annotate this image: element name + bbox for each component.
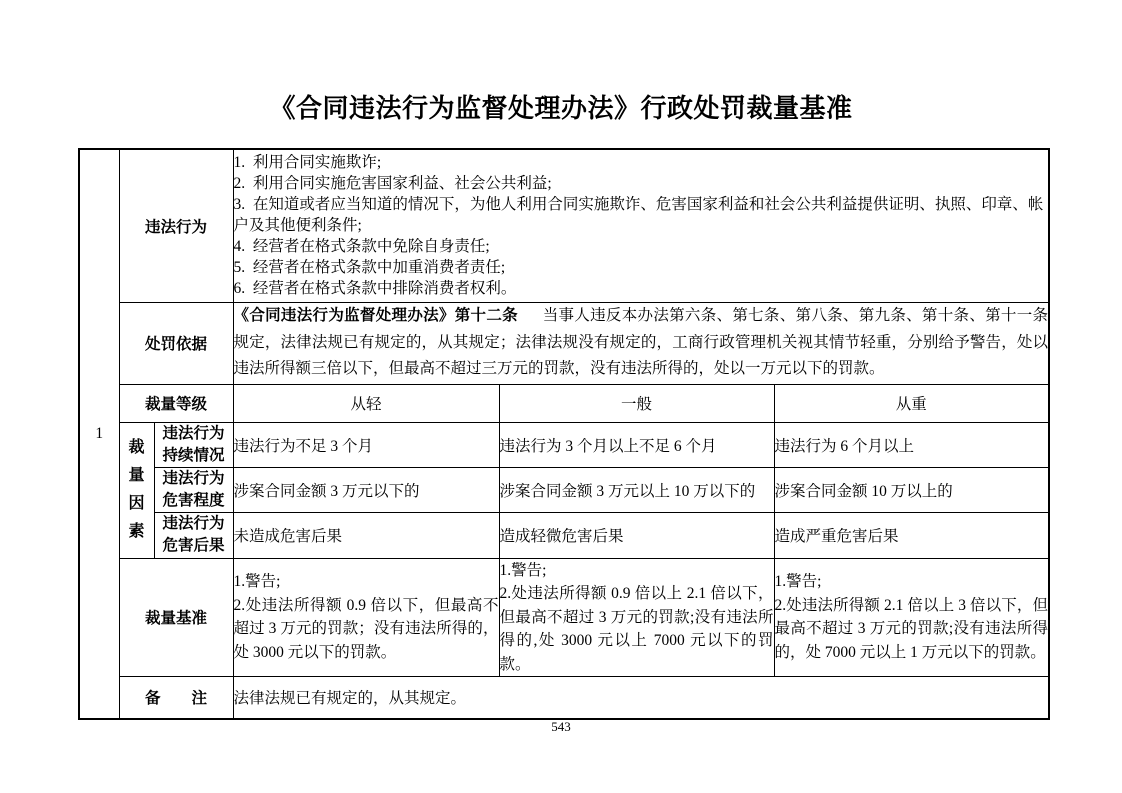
factor-consequence-label-line2: 危害后果 (163, 537, 225, 554)
factor-consequence-normal-cell: 造成轻微危害后果 (499, 512, 774, 558)
level-heavy: 从重 (896, 396, 927, 413)
benchmark-normal-line1: 1.警告; (500, 559, 774, 583)
remarks-text: 法律法规已有规定的，从其规定。 (234, 690, 467, 707)
factor-duration-normal-cell: 违法行为 3 个月以上不足 6 个月 (499, 422, 774, 467)
discretion-standards-table: 1 违法行为 1. 利用合同实施欺诈; 2. 利用合同实施危害国家利益、社会公共… (78, 148, 1050, 720)
benchmark-light-cell: 1.警告; 2.处违法所得额 0.9 倍以下，但最高不超过 3 万元的罚款；没有… (233, 558, 499, 677)
factor-consequence-light-cell: 未造成危害后果 (233, 512, 499, 558)
factor-consequence-label-cell: 违法行为 危害后果 (154, 512, 233, 558)
factor-duration-label-line2: 持续情况 (163, 447, 225, 464)
factor-consequence-heavy-cell: 造成严重危害后果 (774, 512, 1049, 558)
benchmark-heavy-line2: 2.处违法所得额 2.1 倍以上 3 倍以下，但最高不超过 3 万元的罚款;没有… (775, 594, 1049, 665)
label-discretion-level: 裁量等级 (145, 396, 207, 413)
factor-consequence-normal: 造成轻微危害后果 (500, 528, 624, 545)
label-penalty-basis: 处罚依据 (145, 336, 207, 353)
factor-consequence-heavy: 造成严重危害后果 (775, 528, 899, 545)
factor-severity-normal: 涉案合同金额 3 万元以上 10 万以下的 (500, 483, 756, 500)
level-normal: 一般 (621, 396, 652, 413)
label-discretion-level-cell: 裁量等级 (119, 384, 233, 422)
label-remarks: 备 注 (145, 690, 207, 707)
benchmark-normal-line2: 2.处违法所得额 0.9 倍以上 2.1 倍以下，但最高不超过 3 万元的罚款;… (500, 582, 774, 676)
illegal-act-item: 1. 利用合同实施欺诈; (234, 152, 1049, 173)
factor-duration-heavy: 违法行为 6 个月以上 (775, 438, 915, 455)
benchmark-normal-cell: 1.警告; 2.处违法所得额 0.9 倍以上 2.1 倍以下，但最高不超过 3 … (499, 558, 774, 677)
illegal-act-item: 4. 经营者在格式条款中免除自身责任; (234, 236, 1049, 257)
label-illegal-acts: 违法行为 (145, 219, 207, 236)
row-number: 1 (95, 425, 103, 442)
benchmark-light-line1: 1.警告; (234, 570, 499, 594)
page-title: 《合同违法行为监督处理办法》行政处罚裁量基准 (0, 88, 1122, 125)
illegal-act-item: 6. 经营者在格式条款中排除消费者权利。 (234, 278, 1049, 299)
benchmark-light-line2: 2.处违法所得额 0.9 倍以下，但最高不超过 3 万元的罚款；没有违法所得的，… (234, 594, 499, 665)
factor-severity-light: 涉案合同金额 3 万元以下的 (234, 483, 420, 500)
factor-consequence-light: 未造成危害后果 (234, 528, 343, 545)
benchmark-heavy-cell: 1.警告; 2.处违法所得额 2.1 倍以上 3 倍以下，但最高不超过 3 万元… (774, 558, 1049, 677)
page-number: 543 (0, 719, 1122, 735)
penalty-basis-cell: 《合同违法行为监督处理办法》第十二条当事人违反本办法第六条、第七条、第八条、第九… (233, 302, 1049, 384)
factor-severity-label-line1: 违法行为 (163, 470, 225, 487)
label-discretion-factors: 裁量因素 (128, 434, 146, 546)
factor-severity-label-line2: 危害程度 (163, 492, 225, 509)
factor-duration-heavy-cell: 违法行为 6 个月以上 (774, 422, 1049, 467)
factor-consequence-label-line1: 违法行为 (163, 515, 225, 532)
factor-duration-label-line1: 违法行为 (163, 425, 225, 442)
factor-severity-normal-cell: 涉案合同金额 3 万元以上 10 万以下的 (499, 467, 774, 512)
illegal-act-item: 2. 利用合同实施危害国家利益、社会公共利益; (234, 173, 1049, 194)
factor-duration-normal: 违法行为 3 个月以上不足 6 个月 (500, 438, 717, 455)
factor-duration-light: 违法行为不足 3 个月 (234, 438, 374, 455)
label-benchmark: 裁量基准 (145, 610, 207, 627)
factor-severity-label-cell: 违法行为 危害程度 (154, 467, 233, 512)
illegal-acts-cell: 1. 利用合同实施欺诈; 2. 利用合同实施危害国家利益、社会公共利益; 3. … (233, 149, 1049, 302)
illegal-act-item: 5. 经营者在格式条款中加重消费者责任; (234, 257, 1049, 278)
factor-severity-heavy: 涉案合同金额 10 万以上的 (775, 483, 953, 500)
penalty-basis-lead: 《合同违法行为监督处理办法》第十二条 (234, 307, 518, 324)
label-benchmark-cell: 裁量基准 (119, 558, 233, 677)
remarks-cell: 法律法规已有规定的，从其规定。 (233, 677, 1049, 719)
label-discretion-factors-cell: 裁量因素 (119, 422, 154, 558)
illegal-act-item: 3. 在知道或者应当知道的情况下，为他人利用合同实施欺诈、危害国家利益和社会公共… (234, 194, 1049, 236)
factor-duration-light-cell: 违法行为不足 3 个月 (233, 422, 499, 467)
label-penalty-basis-cell: 处罚依据 (119, 302, 233, 384)
level-light: 从轻 (351, 396, 382, 413)
label-remarks-cell: 备 注 (119, 677, 233, 719)
benchmark-heavy-line1: 1.警告; (775, 570, 1049, 594)
label-illegal-acts-cell: 违法行为 (119, 149, 233, 302)
level-heavy-cell: 从重 (774, 384, 1049, 422)
level-light-cell: 从轻 (233, 384, 499, 422)
factor-severity-heavy-cell: 涉案合同金额 10 万以上的 (774, 467, 1049, 512)
factor-duration-label-cell: 违法行为 持续情况 (154, 422, 233, 467)
level-normal-cell: 一般 (499, 384, 774, 422)
row-number-cell: 1 (79, 149, 119, 719)
document-page: 《合同违法行为监督处理办法》行政处罚裁量基准 1 违法行为 1. 利用合同实施欺… (0, 0, 1122, 793)
factor-severity-light-cell: 涉案合同金额 3 万元以下的 (233, 467, 499, 512)
